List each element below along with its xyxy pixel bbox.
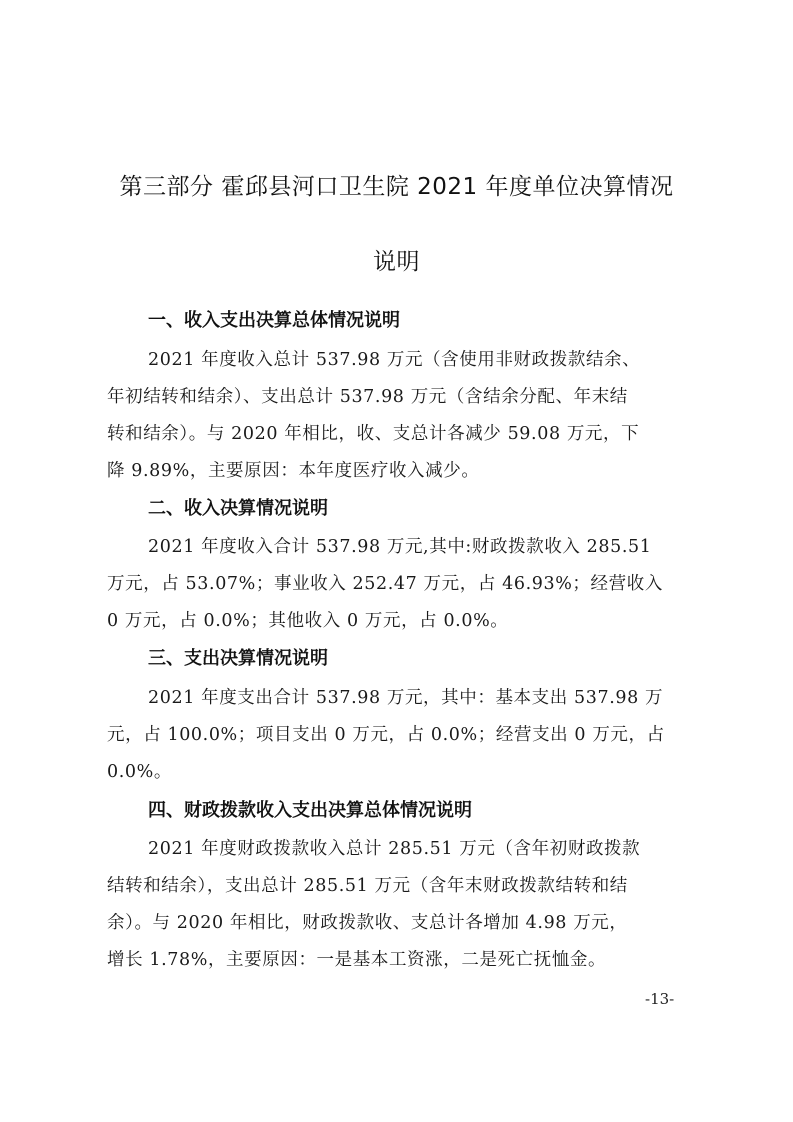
section-3-paragraph-line: 2021 年度支出合计 537.98 万元，其中：基本支出 537.98 万: [148, 684, 663, 709]
document-title-continuation: 说明: [0, 243, 793, 276]
section-4-paragraph-line: 增长 1.78%，主要原因：一是基本工资涨，二是死亡抚恤金。: [107, 946, 606, 971]
page-number: -13-: [645, 990, 674, 1008]
document-title: 第三部分 霍邱县河口卫生院 2021 年度单位决算情况: [0, 168, 793, 201]
section-heading-4: 四、财政拨款收入支出决算总体情况说明: [148, 796, 472, 822]
document-page: 第三部分 霍邱县河口卫生院 2021 年度单位决算情况 说明 一、收入支出决算总…: [0, 0, 793, 1122]
section-1-paragraph-line: 年初结转和结余）、支出总计 537.98 万元（含结余分配、年末结: [107, 383, 628, 408]
section-4-paragraph-line: 余）。与 2020 年相比，财政拨款收、支总计各增加 4.98 万元，: [107, 909, 628, 934]
section-3-paragraph-line: 0.0%。: [107, 758, 172, 783]
section-3-paragraph-line: 元，占 100.0%；项目支出 0 万元，占 0.0%；经营支出 0 万元，占: [107, 721, 665, 746]
section-2-paragraph-line: 0 万元，占 0.0%；其他收入 0 万元，占 0.0%。: [107, 607, 508, 632]
section-heading-3: 三、支出决算情况说明: [148, 644, 328, 670]
section-1-paragraph-line: 2021 年度收入总计 537.98 万元（含使用非财政拨款结余、: [148, 346, 640, 371]
section-heading-2: 二、收入决算情况说明: [148, 494, 328, 520]
section-1-paragraph-line: 降 9.89%，主要原因：本年度医疗收入减少。: [107, 457, 479, 482]
section-4-paragraph-line: 2021 年度财政拨款收入总计 285.51 万元（含年初财政拨款: [148, 835, 640, 860]
section-4-paragraph-line: 结转和结余），支出总计 285.51 万元（含年末财政拨款结转和结: [107, 872, 628, 897]
section-heading-1: 一、收入支出决算总体情况说明: [148, 306, 400, 332]
section-1-paragraph-line: 转和结余）。与 2020 年相比，收、支总计各减少 59.08 万元，下: [107, 420, 639, 445]
section-2-paragraph-line: 万元，占 53.07%；事业收入 252.47 万元，占 46.93%；经营收入: [107, 570, 663, 595]
section-2-paragraph-line: 2021 年度收入合计 537.98 万元,其中:财政拨款收入 285.51: [148, 533, 652, 558]
